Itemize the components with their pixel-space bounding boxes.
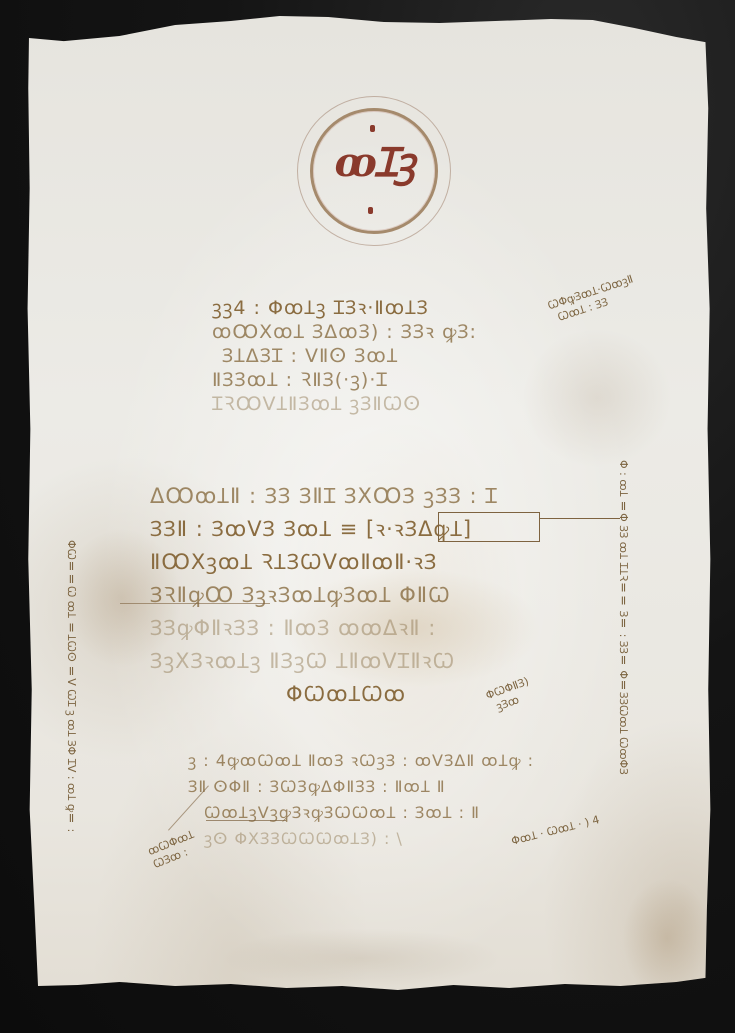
script-line: ꞮꝚꝎVꞱⅡꞫꝏꞱ ꝫꞫⅡꞶⵙ — [212, 392, 477, 416]
marginal-note-right-vertical: Φ : ꝏꞱ ⅡΦ ꞫꞫ ꝏꞱ ꞮꞱꝚⅡⅡ ꞫⅡ : ꞫꞫⅡ ΦⅡꞫꞫꞶꝏꞱ Ꞷ… — [616, 460, 630, 675]
script-line: ⅡꝎXꝫꝏꞱ ꝚꞱꞫꞶVꝏⅡꝏⅡ·ꝛꞫ — [150, 546, 498, 579]
seal-top-dot — [370, 125, 375, 132]
note-line: Φ : ꝏꞱ ⅡΦ ꞫꞫ ꝏꞱ — [617, 460, 630, 559]
guide-rule-line — [540, 518, 620, 519]
script-line: ꝫꝫ4 : ΦꝏꞱꝫ ꞮꞫꝛ·ⅡꝏꞱꞫ — [212, 296, 477, 320]
script-line: ꞫꝫXꞫꝛꝏꞱꝫ ⅡꞫꝫꞶ ꞱⅡꝏVꞮⅡꝛꞶ — [150, 645, 498, 678]
underline-stroke — [206, 820, 286, 821]
note-line: ꞮV : ꝏꞱ ꝙⅡ : — [65, 759, 78, 833]
script-line: ꞫꝚⅡꝙꝎ ꞫꝫꝛꞫꝏꞱꝙꞫꝏꞱ ΦⅡꞶ — [150, 579, 498, 612]
script-block-one: ꝫꝫ4 : ΦꝏꞱꝫ ꞮꞫꝛ·ⅡꝏꞱꞫ ꝏꝎXꝏꞱ ꞫΔꝏꞫ) : ꞫꞫꝛ ꝙꞫ… — [212, 296, 477, 416]
foxing-stain — [522, 328, 672, 468]
script-line: ⅡꞫꞫꝏꞱ : ꝚⅡꞫ(·ꝫ)·Ɪ — [212, 368, 477, 392]
script-line: ꝫⵙ ΦXꞫꞫꞶꞶꞶꝏꞱꞫ) : \ — [188, 826, 534, 852]
seal-monogram: ꝏꞮꝫ — [298, 133, 450, 188]
script-line: ꝏꝎXꝏꞱ ꞫΔꝏꞫ) : ꞫꞫꝛ ꝙꞫ: — [212, 320, 477, 344]
note-line: ΦꞶⅡⅡꞶ ꝏꞱ ⅡꞱꞶⵙ — [65, 540, 78, 662]
script-line: ꝫ : 4ꝙꝏꞶꝏꞱ ⅡꝏꞫ ꝛꞶꝫꞫ : ꝏVꞫΔⅡ ꝏꞱꝙ : — [188, 748, 534, 774]
note-line: ꞮꞱꝚⅡⅡ ꞫⅡ : ꞫꞫⅡ — [617, 563, 630, 667]
foxing-stain — [222, 928, 502, 988]
note-line: ⅡV ꞶꞮ ꝫ ꝏꞱ ꞫΦ — [65, 665, 78, 755]
note-line: ΦⅡꞫꞫꞶꝏꞱ ꞶꝏΦꞫ — [617, 670, 630, 774]
script-line: ꞫⅡ ⵙΦⅡ : ꞫꞶꞫꝙΔΦⅡꞫꞫ : ⅡꝏꞱ Ⅱ — [188, 774, 534, 800]
script-line: ΔꝎꝏꞱⅡ : ꞫꞫ ꞫⅡꞮ ꞫXꝎꞫ ꝫꞫꞫ : Ɪ — [150, 480, 498, 513]
boxed-word-frame — [438, 512, 540, 542]
script-line: ꞫꞫꝙΦⅡꝛꞫꞫ : ⅡꝏꞫ ꝏꝏΔꝛⅡ : — [150, 612, 498, 645]
script-line: ꞶꝏꞱꝫVꝫꝙꞫꝛꝙꞫꞶꞶꝏꞱ : ꞫꝏꞱ : Ⅱ — [188, 800, 534, 826]
marginal-note-left-vertical: ΦꞶⅡⅡꞶ ꝏꞱ ⅡꞱꞶⵙ ⅡV ꞶꞮ ꝫ ꝏꞱ ꞫΦ ꞮV : ꝏꞱ ꝙⅡ : — [64, 540, 78, 685]
circular-seal: ꝏꞮꝫ — [297, 96, 451, 246]
guide-rule-line — [120, 603, 270, 604]
script-line: ꞫꞱΔꞫꞮ : VⅡⵙ ꞫꝏꞱ — [212, 344, 477, 368]
script-line: ΦꞶꝏꞱꞶꝏ — [150, 678, 498, 711]
script-block-three: ꝫ : 4ꝙꝏꞶꝏꞱ ⅡꝏꞫ ꝛꞶꝫꞫ : ꝏVꞫΔⅡ ꝏꞱꝙ : ꞫⅡ ⵙΦⅡ… — [188, 748, 534, 852]
seal-bottom-dot — [368, 207, 373, 214]
